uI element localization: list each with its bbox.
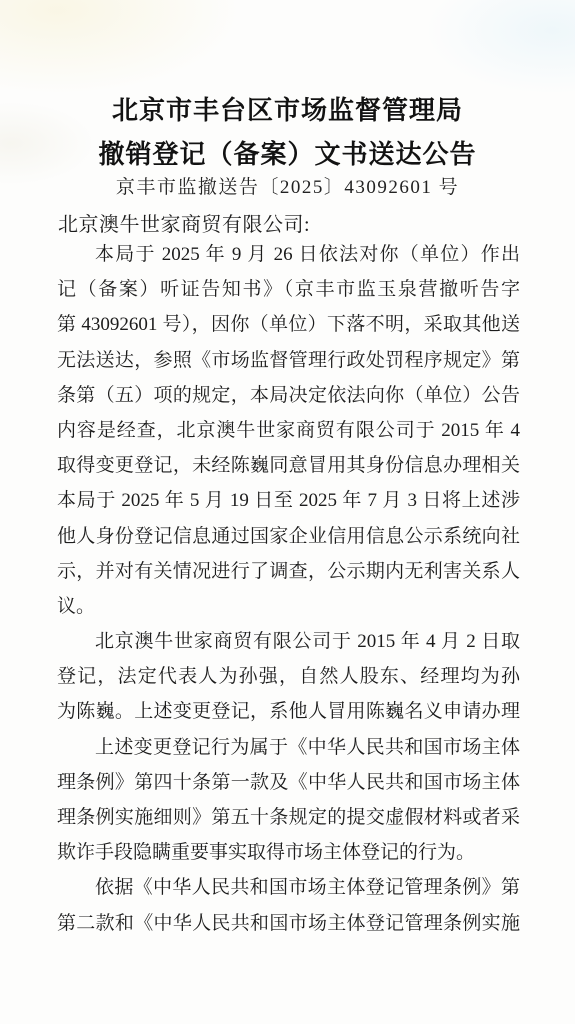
body-line: 条第（五）项的规定，本局决定依法向你（单位）公告送达， <box>57 378 520 413</box>
body-line: 上述变更登记行为属于《中华人民共和国市场主体登记管 <box>57 730 520 765</box>
body-line: 本局于 2025 年 9 月 26 日依法对你（单位）作出《撤销登 <box>57 237 520 272</box>
body-line: 理条例实施细则》第五十条规定的提交虚假材料或者采取其他 <box>57 800 520 835</box>
notice-document-number: 京丰市监撤送告〔2025〕43092601 号 <box>0 172 575 199</box>
body-line: 第 43092601 号），因你（单位）下落不明，采取其他送达方式 <box>57 307 520 342</box>
body-line: 欺诈手段隐瞒重要事实取得市场主体登记的行为。 <box>57 835 520 870</box>
body-line: 第二款和《中华人民共和国市场主体登记管理条例实施细则》 <box>57 906 520 941</box>
notice-document-title: 撤销登记（备案）文书送达公告 <box>0 134 575 171</box>
body-line: 登记，法定代表人为孙强，自然人股东、经理均为孙强，监事 <box>57 659 520 694</box>
body-line: 依据《中华人民共和国市场主体登记管理条例》第四十条 <box>57 870 520 905</box>
body-line: 理条例》第四十条第一款及《中华人民共和国市场主体登记管 <box>57 765 520 800</box>
scanned-notice-page: 北京市丰台区市场监督管理局 撤销登记（备案）文书送达公告 京丰市监撤送告〔202… <box>0 0 575 1024</box>
body-line: 他人身份登记信息通过国家企业信用信息公示系统向社会公 <box>57 519 520 554</box>
notice-recipient: 北京澳牛世家商贸有限公司: <box>58 208 310 237</box>
body-line: 示，并对有关情况进行了调查，公示期内无利害关系人提出异 <box>57 554 520 589</box>
body-line: 取得变更登记，未经陈巍同意冒用其身份信息办理相关登记。 <box>57 448 520 483</box>
body-line: 内容是经查，北京澳牛世家商贸有限公司于 2015 年 4 月 2 日 <box>57 413 520 448</box>
body-line: 记（备案）听证告知书》（京丰市监玉泉营撤听告字〔2025〕 <box>57 272 520 307</box>
notice-body: 本局于 2025 年 9 月 26 日依法对你（单位）作出《撤销登 记（备案）听… <box>57 237 520 941</box>
body-line: 本局于 2025 年 5 月 19 日至 2025 年 7 月 3 日将上述涉嫌… <box>57 483 520 518</box>
body-line: 为陈巍。上述变更登记，系他人冒用陈巍名义申请办理并取得。 <box>57 694 520 729</box>
notice-authority-title: 北京市丰台区市场监督管理局 <box>0 90 575 127</box>
body-line: 北京澳牛世家商贸有限公司于 2015 年 4 月 2 日取得变更 <box>57 624 520 659</box>
body-line: 议。 <box>57 589 520 624</box>
body-line: 无法送达，参照《市场监督管理行政处罚程序规定》第八十二 <box>57 343 520 378</box>
